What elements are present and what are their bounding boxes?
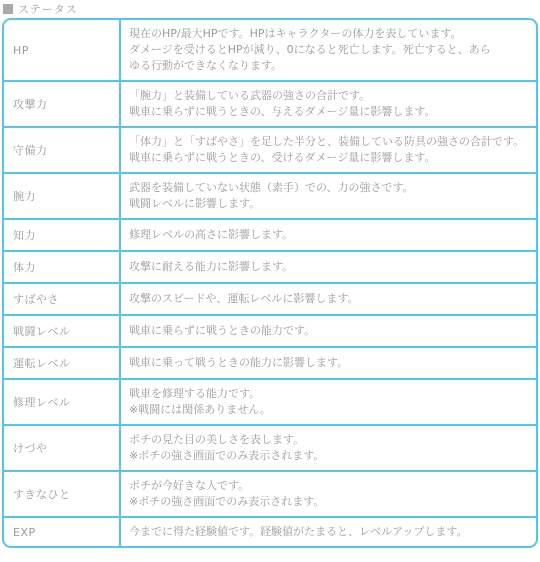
section-title: ステータス: [18, 1, 78, 17]
stat-desc-cell: ポチが今好きな人です。 ※ポチの強さ画面でのみ表示されます。: [119, 472, 536, 516]
table-row: 知力 修理レベルの高さに影響します。: [4, 218, 536, 250]
stat-desc-cell: ポチの見た目の美しさを表します。 ※ポチの強さ画面でのみ表示されます。: [119, 426, 536, 470]
stat-desc-text: 攻撃のスピードや、運転レベルに影響します。: [129, 291, 358, 307]
section-marker-icon: [3, 4, 13, 14]
stat-name-cell: 戦闘レベル: [4, 316, 119, 346]
stat-desc-text: 今までに得た経験値です。経験値がたまると、レベルアップします。: [129, 524, 467, 540]
stat-desc-text: 「体力」と「すばやさ」を足した半分と、装備している防具の強さの合計です。 戦車に…: [129, 134, 524, 166]
stat-desc-cell: 戦車に乗って戦うときの能力に影響します。: [119, 348, 536, 378]
stat-desc-cell: 「体力」と「すばやさ」を足した半分と、装備している防具の強さの合計です。 戦車に…: [119, 128, 536, 172]
stat-name-cell: 体力: [4, 252, 119, 282]
stat-desc-text: 戦車に乗らずに戦うときの能力です。: [129, 323, 315, 339]
stat-name-cell: 守備力: [4, 128, 119, 172]
table-row: HP 現在のHP/最大HPです。HPはキャラクターの体力を表しています。 ダメー…: [4, 20, 536, 80]
stat-name-cell: すきなひと: [4, 472, 119, 516]
stat-desc-cell: 修理レベルの高さに影響します。: [119, 220, 536, 250]
stat-name-cell: 攻撃力: [4, 82, 119, 126]
table-row: すきなひと ポチが今好きな人です。 ※ポチの強さ画面でのみ表示されます。: [4, 470, 536, 516]
table-row: 攻撃力 「腕力」と装備している武器の強さの合計です。 戦車に乗らずに戦うときの、…: [4, 80, 536, 126]
table-row: 運転レベル 戦車に乗って戦うときの能力に影響します。: [4, 346, 536, 378]
stat-desc-cell: 攻撃に耐える能力に影響します。: [119, 252, 536, 282]
stat-desc-text: 武器を装備していない状態（素手）での、力の強さです。 戦闘レベルに影響します。: [129, 180, 414, 212]
stat-desc-text: 戦車に乗って戦うときの能力に影響します。: [129, 355, 348, 371]
stat-desc-text: 「腕力」と装備している武器の強さの合計です。 戦車に乗らずに戦うときの、与えるダ…: [129, 88, 435, 120]
stat-name-cell: 修理レベル: [4, 380, 119, 424]
table-row: 腕力 武器を装備していない状態（素手）での、力の強さです。 戦闘レベルに影響しま…: [4, 172, 536, 218]
stat-desc-cell: 戦車に乗らずに戦うときの能力です。: [119, 316, 536, 346]
table-row: 守備力 「体力」と「すばやさ」を足した半分と、装備している防具の強さの合計です。…: [4, 126, 536, 172]
stat-name-cell: 腕力: [4, 174, 119, 218]
stat-name-cell: EXP: [4, 518, 119, 546]
table-row: すばやさ 攻撃のスピードや、運転レベルに影響します。: [4, 282, 536, 314]
stat-desc-cell: 今までに得た経験値です。経験値がたまると、レベルアップします。: [119, 518, 536, 546]
stat-name-cell: 知力: [4, 220, 119, 250]
stat-name-cell: すばやさ: [4, 284, 119, 314]
stat-desc-text: 戦車を修理する能力です。 ※戦闘には関係ありません。: [129, 386, 271, 418]
stat-desc-cell: 現在のHP/最大HPです。HPはキャラクターの体力を表しています。 ダメージを受…: [119, 20, 536, 80]
stat-name-cell: HP: [4, 20, 119, 80]
stat-desc-text: 攻撃に耐える能力に影響します。: [129, 259, 293, 275]
section-header: ステータス: [0, 0, 540, 15]
stat-desc-text: 現在のHP/最大HPです。HPはキャラクターの体力を表しています。 ダメージを受…: [129, 26, 491, 74]
stat-desc-text: ポチの見た目の美しさを表します。 ※ポチの強さ画面でのみ表示されます。: [129, 432, 324, 464]
table-row: 修理レベル 戦車を修理する能力です。 ※戦闘には関係ありません。: [4, 378, 536, 424]
table-row: 体力 攻撃に耐える能力に影響します。: [4, 250, 536, 282]
table-row: けづや ポチの見た目の美しさを表します。 ※ポチの強さ画面でのみ表示されます。: [4, 424, 536, 470]
stat-desc-cell: 攻撃のスピードや、運転レベルに影響します。: [119, 284, 536, 314]
stat-desc-cell: 「腕力」と装備している武器の強さの合計です。 戦車に乗らずに戦うときの、与えるダ…: [119, 82, 536, 126]
stat-desc-text: ポチが今好きな人です。 ※ポチの強さ画面でのみ表示されます。: [129, 478, 324, 510]
status-table: HP 現在のHP/最大HPです。HPはキャラクターの体力を表しています。 ダメー…: [2, 18, 538, 548]
stat-name-cell: 運転レベル: [4, 348, 119, 378]
stat-desc-cell: 武器を装備していない状態（素手）での、力の強さです。 戦闘レベルに影響します。: [119, 174, 536, 218]
stat-name-cell: けづや: [4, 426, 119, 470]
stat-desc-text: 修理レベルの高さに影響します。: [129, 227, 293, 243]
table-row: 戦闘レベル 戦車に乗らずに戦うときの能力です。: [4, 314, 536, 346]
stat-desc-cell: 戦車を修理する能力です。 ※戦闘には関係ありません。: [119, 380, 536, 424]
table-row: EXP 今までに得た経験値です。経験値がたまると、レベルアップします。: [4, 516, 536, 546]
